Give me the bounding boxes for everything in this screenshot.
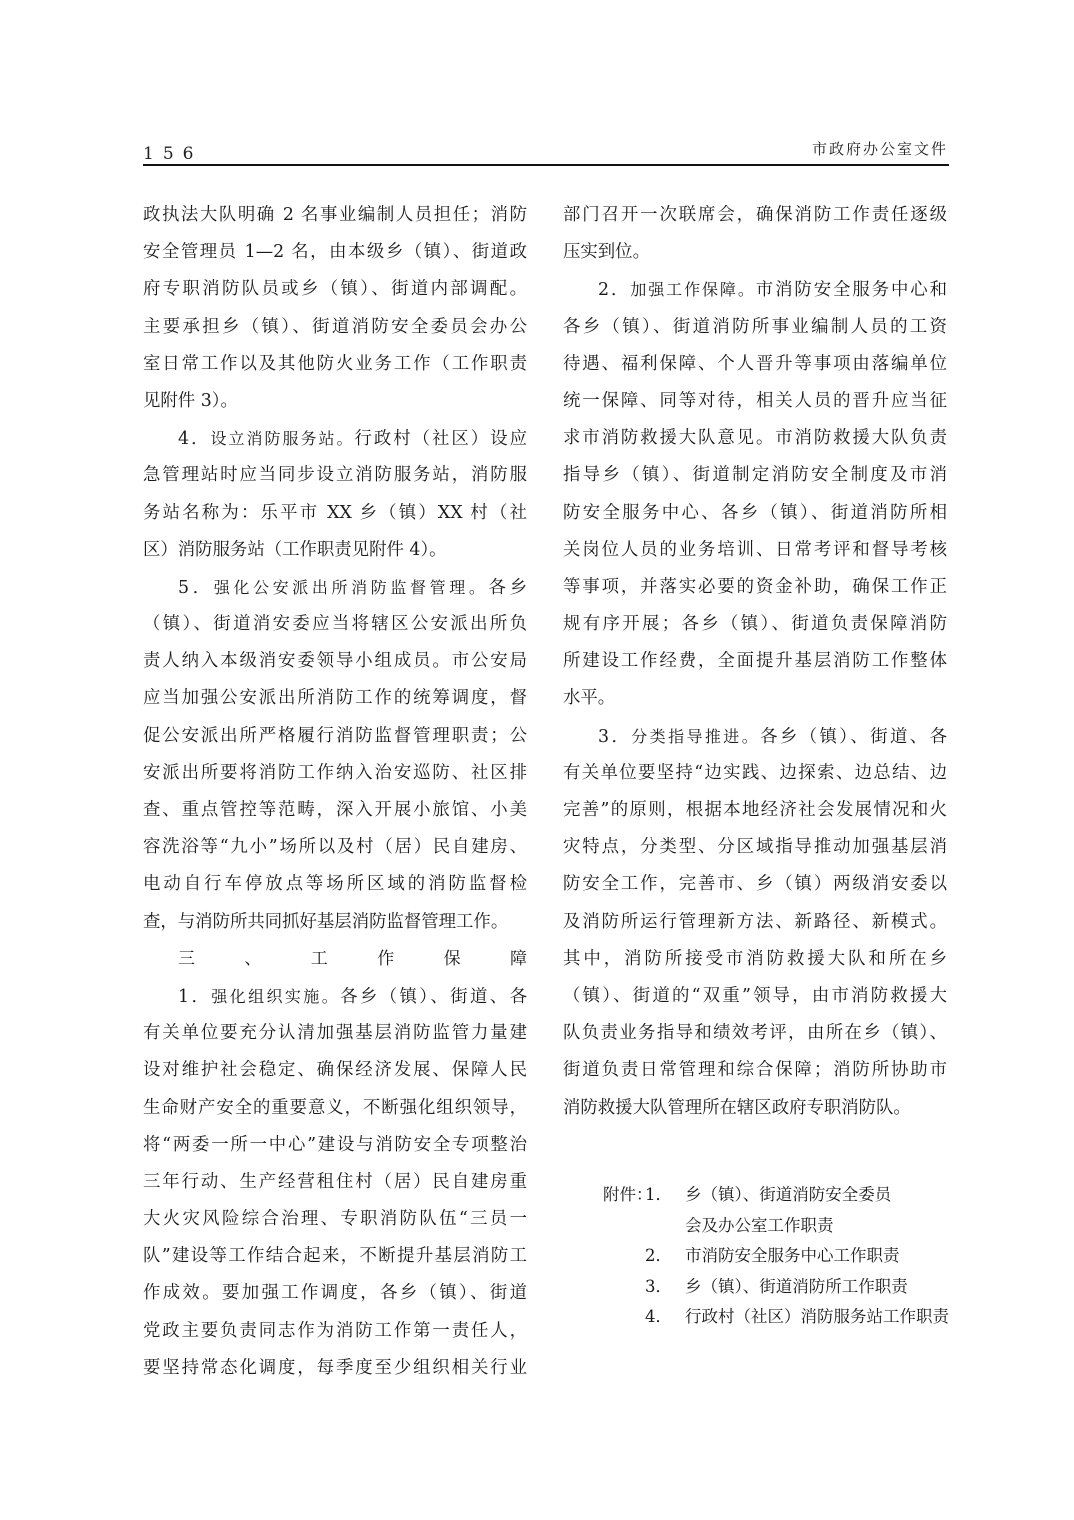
item-number: 1． bbox=[178, 987, 211, 1007]
text-line: 生命财产安全的重要意义，不断强化组织领导， bbox=[143, 1090, 527, 1127]
item-1-heading-line: 1．强化组织实施。各乡（镇）、街道、各 bbox=[143, 978, 527, 1015]
item-5-heading-line: 5．强化公安派出所消防监督管理。各乡 bbox=[143, 569, 527, 606]
item-number: 2． bbox=[598, 280, 630, 300]
text-line: 有关单位要充分认清加强基层消防监管力量建 bbox=[143, 1015, 527, 1052]
item-text: 行政村（社区）设应 bbox=[354, 429, 527, 449]
text-line: 指导乡（镇）、街道制定消防安全制度及市消 bbox=[563, 457, 947, 494]
item-title: 强化公安派出所消防监督管理。 bbox=[214, 578, 489, 597]
text-line: 求市消防救援大队意见。市消防救援大队负责 bbox=[563, 420, 947, 457]
item-2-heading-line: 2．加强工作保障。市消防安全服务中心和 bbox=[563, 271, 947, 308]
text-line: 安派出所要将消防工作纳入治安巡防、社区排 bbox=[143, 755, 527, 792]
text-line: 设对维护社会稳定、确保经济发展、保障人民 bbox=[143, 1052, 527, 1089]
text-line: 及消防所运行管理新方法、新路径、新模式。 bbox=[563, 904, 947, 941]
text-line: 促公安派出所严格履行消防监督管理职责；公 bbox=[143, 718, 527, 755]
text-line: 三年行动、生产经营租住村（居）民自建房重 bbox=[143, 1164, 527, 1201]
text-line: 容洗浴等“九小”场所以及村（居）民自建房、 bbox=[143, 829, 527, 866]
text-line: 务站名称为：乐平市 XX 乡（镇）XX 村（社 bbox=[143, 495, 527, 532]
text-line: 主要承担乡（镇）、街道消防安全委员会办公 bbox=[143, 309, 527, 346]
text-line: 将“两委一所一中心”建设与消防安全专项整治 bbox=[143, 1127, 527, 1164]
page-number: 156 bbox=[143, 144, 202, 164]
text-line: 责人纳入本级消安委领导小组成员。市公安局 bbox=[143, 643, 527, 680]
text-line: （镇）、街道消安委应当将辖区公安派出所负 bbox=[143, 606, 527, 643]
right-column: 部门召开一次联席会，确保消防工作责任逐级 压实到位。 2．加强工作保障。市消防安… bbox=[563, 197, 947, 1127]
attachment-title: 乡（镇）、街道消防安全委员 bbox=[685, 1185, 891, 1204]
text-line: 室日常工作以及其他防火业务工作（工作职责 bbox=[143, 346, 527, 383]
attachment-item-1-continued: 会及办公室工作职责 bbox=[603, 1211, 949, 1242]
left-column: 政执法大队明确 2 名事业编制人员担任；消防 安全管理员 1—2 名，由本级乡（… bbox=[143, 197, 527, 1387]
text-line: 防安全工作，完善市、乡（镇）两级消安委以 bbox=[563, 866, 947, 903]
header-rule bbox=[143, 164, 949, 166]
item-title: 强化组织实施。 bbox=[211, 987, 340, 1006]
attachments-list: 附件：1．乡（镇）、街道消防安全委员 会及办公室工作职责 2．市消防安全服务中心… bbox=[603, 1180, 949, 1333]
attachment-item-2: 2．市消防安全服务中心工作职责 bbox=[603, 1241, 949, 1272]
item-text: 各乡 bbox=[489, 578, 527, 598]
text-line: 府专职消防队员或乡（镇）、街道内部调配。 bbox=[143, 271, 527, 308]
attachment-number: 1． bbox=[645, 1180, 685, 1211]
text-line: 关岗位人员的业务培训、日常考评和督导考核 bbox=[563, 532, 947, 569]
text-line: 规有序开展；各乡（镇）、街道负责保障消防 bbox=[563, 606, 947, 643]
text-line: 队负责业务指导和绩效考评，由所在乡（镇）、 bbox=[563, 1015, 947, 1052]
attachment-item-4: 4．行政村（社区）消防服务站工作职责 bbox=[603, 1302, 949, 1333]
text-line: 各乡（镇）、街道消防所事业编制人员的工资 bbox=[563, 309, 947, 346]
text-line: 完善”的原则，根据本地经济社会发展情况和火 bbox=[563, 792, 947, 829]
text-line: 政执法大队明确 2 名事业编制人员担任；消防 bbox=[143, 197, 527, 234]
page-header: 156 市政府办公室文件 bbox=[143, 136, 948, 164]
text-line: 待遇、福利保障、个人晋升等事项由落编单位 bbox=[563, 346, 947, 383]
item-number: 5． bbox=[178, 578, 214, 598]
attachment-title: 市消防安全服务中心工作职责 bbox=[685, 1246, 900, 1265]
attachment-item-1: 附件：1．乡（镇）、街道消防安全委员 bbox=[603, 1180, 949, 1211]
text-line: 见附件 3）。 bbox=[143, 383, 527, 420]
text-line: 消防救援大队管理所在辖区政府专职消防队。 bbox=[563, 1090, 947, 1127]
item-4-heading-line: 4．设立消防服务站。行政村（社区）设应 bbox=[143, 420, 527, 457]
item-text: 各乡（镇）、街道、各 bbox=[340, 987, 527, 1007]
text-line: 压实到位。 bbox=[563, 234, 947, 271]
text-line: 要坚持常态化调度，每季度至少组织相关行业 bbox=[143, 1350, 527, 1387]
text-line: 大火灾风险综合治理、专职消防队伍“三员一 bbox=[143, 1201, 527, 1238]
text-line: 水平。 bbox=[563, 680, 947, 717]
attachment-number: 3． bbox=[645, 1272, 685, 1303]
text-line: 电动自行车停放点等场所区域的消防监督检 bbox=[143, 866, 527, 903]
item-text: 各乡（镇）、街道、各 bbox=[760, 727, 947, 747]
text-line: 安全管理员 1—2 名，由本级乡（镇）、街道政 bbox=[143, 234, 527, 271]
attachments-label: 附件： bbox=[603, 1180, 645, 1211]
attachment-title: 行政村（社区）消防服务站工作职责 bbox=[685, 1307, 949, 1326]
text-line: （镇）、街道的“双重”领导，由市消防救援大 bbox=[563, 978, 947, 1015]
text-line: 其中，消防所接受市消防救援大队和所在乡 bbox=[563, 941, 947, 978]
text-line: 所建设工作经费，全面提升基层消防工作整体 bbox=[563, 643, 947, 680]
text-line: 部门召开一次联席会，确保消防工作责任逐级 bbox=[563, 197, 947, 234]
text-line: 有关单位要坚持“边实践、边探索、边总结、边 bbox=[563, 755, 947, 792]
attachment-title: 乡（镇）、街道消防所工作职责 bbox=[685, 1277, 908, 1296]
attachment-number: 2． bbox=[645, 1241, 685, 1272]
attachment-number: 4． bbox=[645, 1302, 685, 1333]
text-line: 党政主要负责同志作为消防工作第一责任人， bbox=[143, 1313, 527, 1350]
item-text: 市消防安全服务中心和 bbox=[756, 280, 947, 300]
attachment-item-3: 3．乡（镇）、街道消防所工作职责 bbox=[603, 1272, 949, 1303]
text-line: 查、重点管控等范畴，深入开展小旅馆、小美 bbox=[143, 792, 527, 829]
text-line: 街道负责日常管理和综合保障；消防所协助市 bbox=[563, 1052, 947, 1089]
text-line: 区）消防服务站（工作职责见附件 4）。 bbox=[143, 532, 527, 569]
item-title: 分类指导推进。 bbox=[631, 727, 760, 746]
document-series-title: 市政府办公室文件 bbox=[812, 138, 948, 159]
text-line: 应当加强公安派出所消防工作的统筹调度，督 bbox=[143, 680, 527, 717]
text-line: 作成效。要加强工作调度，各乡（镇）、街道 bbox=[143, 1275, 527, 1312]
item-number: 3． bbox=[598, 727, 631, 747]
item-number: 4． bbox=[178, 429, 210, 449]
text-line: 防安全服务中心、各乡（镇）、街道消防所相 bbox=[563, 495, 947, 532]
text-line: 等事项，并落实必要的资金补助，确保工作正 bbox=[563, 569, 947, 606]
text-line: 统一保障、同等对待，相关人员的晋升应当征 bbox=[563, 383, 947, 420]
section-heading: 三、工作保障 bbox=[143, 941, 527, 978]
text-line: 队”建设等工作结合起来，不断提升基层消防工 bbox=[143, 1238, 527, 1275]
text-line: 急管理站时应当同步设立消防服务站，消防服 bbox=[143, 457, 527, 494]
item-title: 设立消防服务站。 bbox=[210, 429, 354, 448]
text-line: 查，与消防所共同抓好基层消防监督管理工作。 bbox=[143, 904, 527, 941]
text-line: 灾特点，分类型、分区域指导推动加强基层消 bbox=[563, 829, 947, 866]
item-3-heading-line: 3．分类指导推进。各乡（镇）、街道、各 bbox=[563, 718, 947, 755]
item-title: 加强工作保障。 bbox=[630, 280, 755, 299]
